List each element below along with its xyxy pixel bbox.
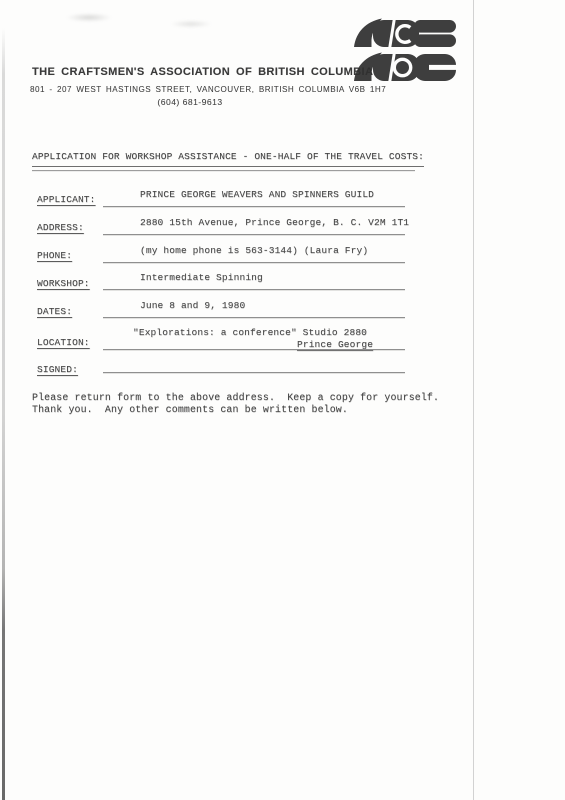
footer-note-line2: Thank you. Any other comments can be wri… bbox=[32, 404, 348, 415]
organization-name: THE CRAFTSMEN'S ASSOCIATION OF BRITISH C… bbox=[32, 66, 373, 78]
location-label: LOCATION: bbox=[37, 337, 90, 348]
title-second-rule bbox=[32, 170, 415, 171]
cabc-logo-icon bbox=[352, 17, 456, 81]
phone-value: (my home phone is 563-3144) (Laura Fry) bbox=[140, 245, 368, 256]
dates-value: June 8 and 9, 1980 bbox=[140, 300, 245, 311]
address-value: 2880 15th Avenue, Prince George, B. C. V… bbox=[140, 217, 409, 228]
organization-phone: (604) 681-9613 bbox=[30, 97, 350, 107]
signed-label: SIGNED: bbox=[37, 364, 78, 375]
dates-label: DATES: bbox=[37, 306, 72, 317]
dates-rule bbox=[103, 317, 405, 318]
phone-label: PHONE: bbox=[37, 250, 72, 261]
location-value-line1: "Explorations: a conference" Studio 2880 bbox=[133, 327, 367, 338]
applicant-rule bbox=[103, 206, 405, 207]
workshop-value: Intermediate Spinning bbox=[140, 272, 263, 283]
scanned-document-page: THE CRAFTSMEN'S ASSOCIATION OF BRITISH C… bbox=[0, 0, 565, 800]
applicant-label: APPLICANT: bbox=[37, 194, 96, 205]
address-label: ADDRESS: bbox=[37, 222, 84, 233]
signature-line bbox=[103, 372, 405, 373]
organization-address: 801 - 207 WEST HASTINGS STREET, VANCOUVE… bbox=[30, 85, 386, 94]
workshop-label: WORKSHOP: bbox=[37, 278, 90, 289]
form-title: APPLICATION FOR WORKSHOP ASSISTANCE - ON… bbox=[32, 151, 424, 167]
phone-rule bbox=[103, 262, 405, 263]
paper-left-edge-shadow bbox=[2, 28, 5, 800]
applicant-value: PRINCE GEORGE WEAVERS AND SPINNERS GUILD bbox=[140, 189, 374, 200]
scan-smudge bbox=[66, 13, 112, 22]
footer-note-line1: Please return form to the above address.… bbox=[32, 392, 439, 403]
scan-smudge bbox=[170, 20, 212, 28]
location-rule bbox=[103, 349, 405, 350]
workshop-rule bbox=[103, 289, 405, 290]
address-rule bbox=[103, 234, 405, 235]
paper-right-edge-line bbox=[473, 0, 474, 800]
